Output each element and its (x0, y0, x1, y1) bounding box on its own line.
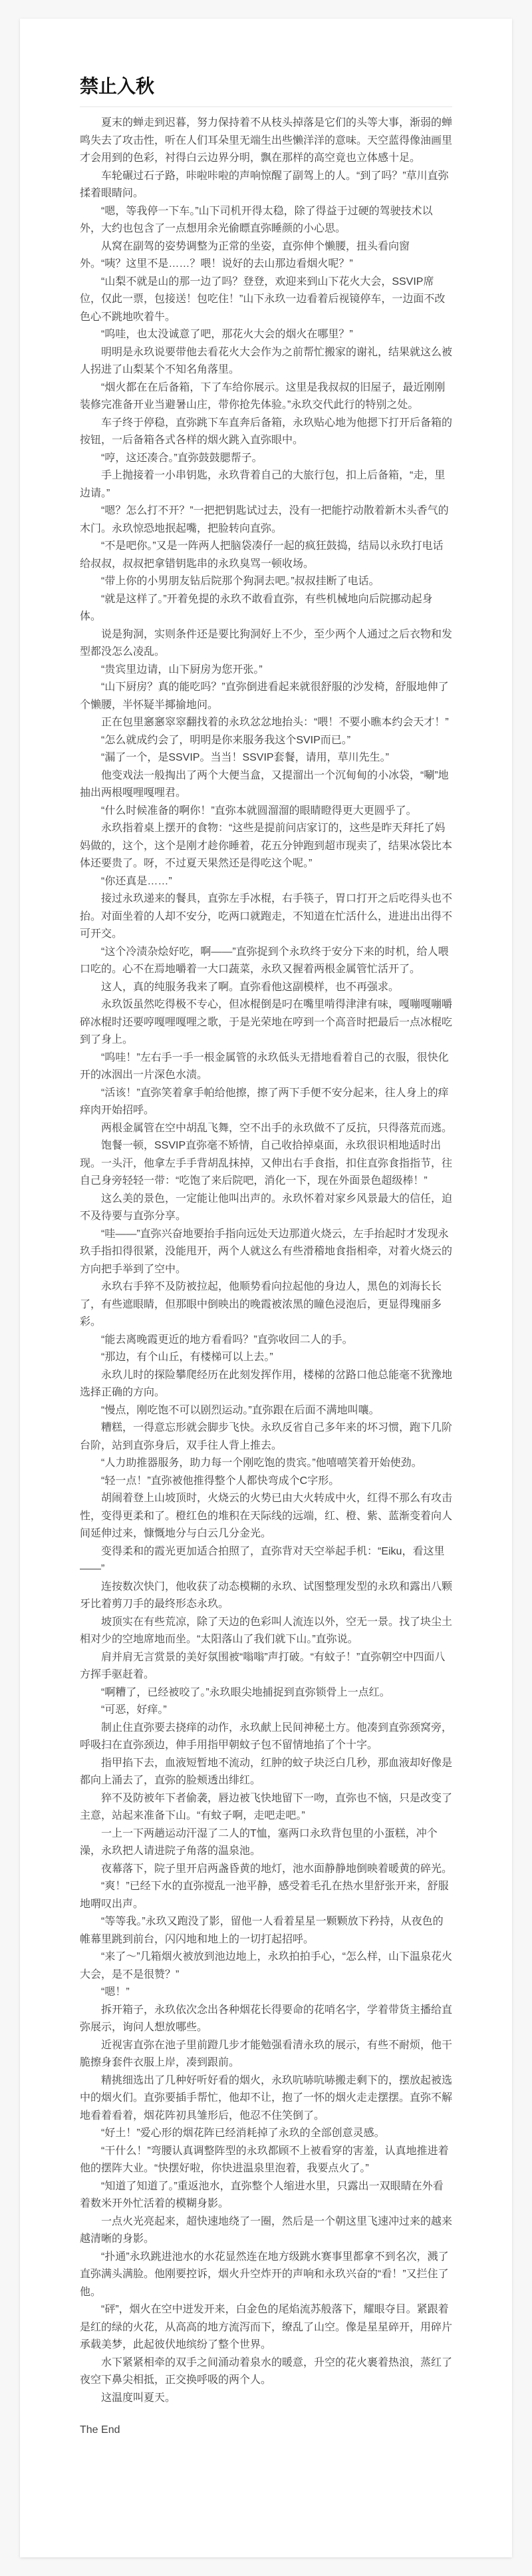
story-paragraph: 说是狗洞，实则条件还是要比狗洞好上不少，至少两个人通过之后衣物和发型都没怎么凌乱… (80, 626, 452, 661)
story-paragraph: “哇——”直弥兴奋地要抬手指向远处天边那道火烧云，左手抬起时才发现永玖手指扣得很… (80, 1226, 452, 1279)
story-paragraph: “干什么！”弯腰认真调整阵型的永玖都顾不上被看穿的害羞，认真地推进着他的摆阵大业… (80, 2143, 452, 2178)
story-paragraph: 糟糕，一得意忘形就会脚步飞快。永玖反省自己多年来的坏习惯，跑下几阶台阶，站到直弥… (80, 1419, 452, 1455)
story-paragraph: 连按数次快门，他收获了动态模糊的永玖、试图整理发型的永玖和露出八颗牙比着剪刀手的… (80, 1578, 452, 1614)
story-paragraph: “爽！”已经下水的直弥搅乱一池平静，感受着毛孔在热水里舒张开来，舒服地喟叹出声。 (80, 1878, 452, 1913)
story-paragraph: “来了～”几箱烟火被放到池边地上，永玖拍拍手心，“怎么样，山下温泉花火大会，是不… (80, 1948, 452, 1984)
story-paragraph: 永玖饭虽然吃得极不专心，但冰棍倒是叼在嘴里啃得津津有味，嘎嘣嘎嘣嚼碎冰棍时还要哼… (80, 996, 452, 1049)
story-paragraph: “嗯？怎么打不开？”一把把钥匙试过去，没有一把能拧动散着新木头香气的木门。永玖惊… (80, 502, 452, 538)
story-paragraph: 一点火光亮起来，超快速地绕了一圈，然后是一个朝这里飞速冲过来的越来越清晰的身影。 (80, 2213, 452, 2249)
story-paragraph: 永玖儿时的探险攀爬经历在此刻发挥作用，楼梯的岔路口他总能毫不犹豫地选择正确的方向… (80, 1367, 452, 1402)
story-paragraph: “山下厨房？真的能吃吗？”直弥倒进看起来就很舒服的沙发椅，舒服地伸了个懒腰，半怀… (80, 679, 452, 714)
story-paragraph: 精挑细选出了几种好听好看的烟火，永玖吭哧吭哧搬走剩下的，摆放起被选中的烟火们。直… (80, 2072, 452, 2125)
story-paragraph: “呜哇，也太没诚意了吧，那花火大会的烟火在哪里？” (80, 326, 452, 344)
story-paragraph: “漏了一个，是SSVIP。当当！SSVIP套餐，请用，草川先生。” (80, 749, 452, 767)
story-paragraph: 手上抛接着一小串钥匙，永玖背着自己的大旅行包，扣上后备箱，“走，里边请。” (80, 467, 452, 502)
story-paragraph: “可恶，好痒。” (80, 1702, 452, 1720)
story-paragraph: 肩并肩无言赏景的美好氛围被“嗡嗡”声打破。“有蚊子！”直弥朝空中四面八方挥手驱赶… (80, 1649, 452, 1684)
story-paragraph: “嗯！” (80, 1984, 452, 2002)
story-paragraph: “什么时候准备的啊你！”直弥本就圆溜溜的眼睛瞪得更大更圆乎了。 (80, 803, 452, 821)
story-paragraph: 胡闹着登上山坡顶时，火烧云的火势已由大火转成中火，红得不那么有攻击性，变得更柔和… (80, 1490, 452, 1543)
story-paragraph: 永玖右手猝不及防被拉起，他顺势看向拉起他的身边人，黑色的刘海长长了，有些遮眼睛，… (80, 1278, 452, 1332)
story-paragraph: “能去离晚霞更近的地方看看吗？”直弥收回二人的手。 (80, 1332, 452, 1350)
story-paragraph: “哼，这还凑合。”直弥鼓鼓腮帮子。 (80, 450, 452, 468)
story-paragraph: “轻一点！”直弥被他推得整个人都快弯成个C字形。 (80, 1473, 452, 1491)
story-paragraph: “带上你的小男朋友钻后院那个狗洞去吧。”叔叔挂断了电话。 (80, 573, 452, 591)
story-paragraph: 车轮碾过石子路，咔啦咔啦的声响惊醒了副驾上的人。“到了吗？”草川直弥揉着眼睛问。 (80, 168, 452, 203)
story-paragraph: 两根金属管在空中胡乱飞舞，空不出手的永玖做不了反抗，只得落荒而逃。 (80, 1120, 452, 1138)
story-paragraph: “扑通”永玖跳进池水的水花显然连在地方级跳水赛事里都拿不到名次，溅了直弥满头满脸… (80, 2249, 452, 2302)
end-mark: The End (80, 2422, 452, 2440)
story-paragraph: “等等我。”永玖又跑没了影，留他一人看着星星一颗颗放下矜持，从夜色的帷幕里跳到前… (80, 1913, 452, 1948)
story-paragraph: “人力助推器服务，助力每一个刚吃饱的贵宾。”他嘻嘻笑着开始使劲。 (80, 1455, 452, 1473)
story-paragraph: 坡顶实在有些荒凉，除了天边的色彩叫人流连以外，空无一景。找了块尘土相对少的空地席… (80, 1614, 452, 1649)
story-title: 禁止入秋 (80, 75, 452, 98)
story-paragraph: 永玖指着桌上摆开的食物：“这些是提前问店家订的，这些是昨天拜托了妈妈做的，这个，… (80, 820, 452, 873)
story-paragraph: 指甲掐下去，血液短暂地不流动，红肿的蚊子块泛白几秒，那血液却好像是都向上涌去了，… (80, 1755, 452, 1790)
story-paragraph: 明明是永玖说要带他去看花火大会作为之前帮忙搬家的谢礼，结果就这么被人拐进了山梨某… (80, 344, 452, 379)
story-paragraph: “不是吧你。”又是一阵两人把脑袋凑仔一起的疯狂鼓捣，结局以永玖打电话给叔叔，叔叔… (80, 538, 452, 573)
story-paragraph: 这么美的景色，一定能让他叫出声的。永玖怀着对家乡风景最大的信任，迫不及待要与直弥… (80, 1191, 452, 1226)
story-paragraph: 近视害直弥在池子里前蹬几步才能勉强看清永玖的展示，有些不耐烦，他干脆擦身套件衣服… (80, 2037, 452, 2072)
story-paragraph: “怎么就成约会了，明明是你来服务我这个SVIP而已。” (80, 732, 452, 750)
story-paragraph: 夜幕落下，院子里开启两盏昏黄的地灯，池水面静静地倒映着暖黄的碎光。 (80, 1861, 452, 1879)
story-body: 夏末的蝉走到迟暮，努力保持着不从枝头掉落是它们的头等大事，渐弱的蝉鸣失去了攻击性… (80, 107, 452, 2407)
story-paragraph: “嗯，等我停一下车。”山下司机开得太稳，除了得益于过硬的驾驶技术以外，大约也包含… (80, 203, 452, 238)
story-paragraph: “呜哇！”左右手一手一根金属管的永玖低头无措地看着自己的衣服，很快化开的冰洇出一… (80, 1049, 452, 1085)
story-paragraph: 饱餐一顿，SSVIP直弥毫不矫情，自己收拾掉桌面，永玖很识相地适时出现。一头汗，… (80, 1137, 452, 1191)
story-paragraph: 夏末的蝉走到迟暮，努力保持着不从枝头掉落是它们的头等大事，渐弱的蝉鸣失去了攻击性… (80, 114, 452, 168)
story-paragraph: 车子终于停稳，直弥跳下车直奔后备箱，永玖贴心地为他摁下打开后备箱的按钮，一后备箱… (80, 415, 452, 450)
article-content: 禁止入秋 夏末的蝉走到迟暮，努力保持着不从枝头掉落是它们的头等大事，渐弱的蝉鸣失… (80, 19, 452, 2440)
story-paragraph: 从窝在副驾的姿势调整为正常的坐姿，直弥伸个懒腰，扭头看向窗外。“咦？这里不是……… (80, 238, 452, 274)
story-paragraph: “慢点，刚吃饱不可以剧烈运动。”直弥跟在后面不满地叫嚷。 (80, 1402, 452, 1420)
story-paragraph: “活该！”直弥笑着拿手帕给他擦，擦了两下手便不安分起来，往人身上的痒痒肉开始招呼… (80, 1085, 452, 1120)
story-paragraph: 制止住直弥要去挠痒的动作，永玖献上民间神秘土方。他凑到直弥颈窝旁，呼吸扫在直弥颈… (80, 1720, 452, 1755)
story-paragraph: “好土！”爱心形的烟花阵已经消耗掉了永玖的全部创意灵感。 (80, 2125, 452, 2143)
story-paragraph: 猝不及防被年下者偷袭，唇边被飞快地留下一吻，直弥也不恼，只是改变了主意，站起来准… (80, 1790, 452, 1825)
story-paragraph: 变得柔和的霞光更加适合拍照了，直弥背对天空举起手机：“Eiku，看这里——” (80, 1543, 452, 1578)
story-paragraph: 拆开箱子，永玖依次念出各种烟花长得要命的花哨名字，学着带货主播给直弥展示，询问人… (80, 2002, 452, 2037)
story-paragraph: “你还真是……” (80, 873, 452, 891)
story-paragraph: 接过永玖递来的餐具，直弥左手冰棍，右手筷子，胃口打开之后吃得头也不抬。对面坐着的… (80, 890, 452, 944)
story-paragraph: “这个冷渍杂烩好吃，啊——”直弥捉到个永玖终于安分下来的时机，给人喂口吃的。心不… (80, 944, 452, 979)
story-paragraph: “那边，有个山丘，有楼梯可以上去。” (80, 1349, 452, 1367)
story-paragraph: “啊糟了，已经被咬了。”永玖眼尖地捕捉到直弥锁骨上一点红。 (80, 1684, 452, 1702)
story-paragraph: “砰”，烟火在空中迸发开来，白金色的尾焰流苏般落下，耀眼夺目。紧跟着是红的绿的火… (80, 2301, 452, 2354)
article-card: 禁止入秋 夏末的蝉走到迟暮，努力保持着不从枝头掉落是它们的头等大事，渐弱的蝉鸣失… (20, 19, 512, 2557)
story-paragraph: “烟火都在在后备箱，下了车给你展示。这里是我叔叔的旧屋子，最近刚刚装修完准备开业… (80, 379, 452, 415)
story-paragraph: “知道了知道了。”重返池水，直弥整个人缩进水里，只露出一双眼睛在外看着数米开外忙… (80, 2178, 452, 2213)
story-paragraph: 这温度叫夏天。 (80, 2390, 452, 2408)
story-paragraph: 水下紧紧相牵的双手之间涌动着泉水的暖意，升空的花火裹着热浪，蒸红了夜空下鼻尖相抵… (80, 2354, 452, 2390)
story-paragraph: 正在包里窸窸窣窣翻找着的永玖忿忿地抬头：“喂！不要小瞧本约会天才！” (80, 714, 452, 732)
story-paragraph: 一上一下两趟运动汗湿了二人的T恤，塞两口永玖背包里的小蛋糕，冲个澡，永玖把人请进… (80, 1825, 452, 1861)
story-paragraph: 这人，真的纯服务我来了啊。直弥看他这副模样，也不再强求。 (80, 979, 452, 997)
story-paragraph: “就是这样了。”开着免提的永玖不敢看直弥，有些机械地向后院挪动起身体。 (80, 591, 452, 626)
story-paragraph: 他变戏法一般掏出了两个大便当盒，又提溜出一个沉甸甸的小冰袋，“唰”地抽出两根嘎哩… (80, 767, 452, 803)
story-paragraph: “贵宾里边请，山下厨房为您开张。” (80, 661, 452, 679)
story-paragraph: “山梨不就是山的那一边了吗？登登，欢迎来到山下花火大会，SSVIP席位，仅此一票… (80, 274, 452, 327)
